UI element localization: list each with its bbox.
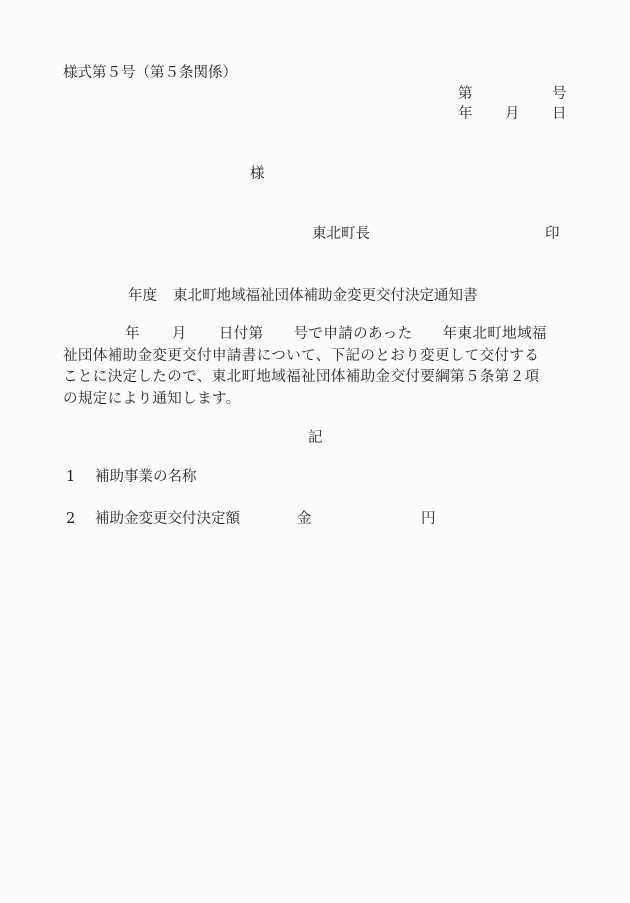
title-year-label: 年度 (128, 288, 157, 304)
note-heading: 記 (308, 428, 323, 448)
body-number-text: 号で申請のあった (294, 326, 413, 342)
body-line-4: の規定により通知します。 (63, 389, 567, 411)
body-line-1: 年月日付第号で申請のあった年東北町地域福 (63, 324, 567, 346)
item-2-number: 2 (66, 511, 75, 527)
body-day-ref: 日付第 (219, 326, 264, 342)
reference-number-suffix: 号 (552, 84, 567, 104)
amount-suffix: 円 (421, 509, 436, 529)
body-year-blank: 年 (125, 326, 140, 342)
form-label: 様式第５号（第５条関係） (63, 63, 237, 83)
body-line-2: 祉団体補助金変更交付申請書について、下記のとおり変更して交付する (63, 346, 567, 368)
body-year2-text: 年東北町地域福 (443, 326, 547, 342)
amount-prefix: 金 (297, 509, 312, 529)
item-1: 1 (66, 467, 75, 487)
body-month-blank: 月 (172, 326, 187, 342)
body-line-3: ことに決定したので、東北町地域福祉団体補助金交付要綱第５条第２項 (63, 367, 567, 389)
issuer-name: 東北町長 (312, 224, 370, 244)
body-paragraph: 年月日付第号で申請のあった年東北町地域福 祉団体補助金変更交付申請書について、下… (63, 324, 567, 410)
addressee-honorific: 様 (250, 164, 265, 184)
date-year: 年 (458, 104, 473, 124)
item-1-number: 1 (66, 469, 75, 485)
seal-mark: 印 (545, 224, 560, 244)
item-1-label: 補助事業の名称 (95, 467, 197, 487)
item-2: 2 (66, 509, 75, 529)
title-text: 東北町地域福祉団体補助金変更交付決定通知書 (173, 288, 478, 304)
date-day: 日 (552, 104, 567, 124)
document-title: 年度東北町地域福祉団体補助金変更交付決定通知書 (128, 286, 478, 306)
reference-number-prefix: 第 (458, 84, 473, 104)
item-2-label: 補助金変更交付決定額 (95, 509, 240, 529)
date-month: 月 (505, 104, 520, 124)
